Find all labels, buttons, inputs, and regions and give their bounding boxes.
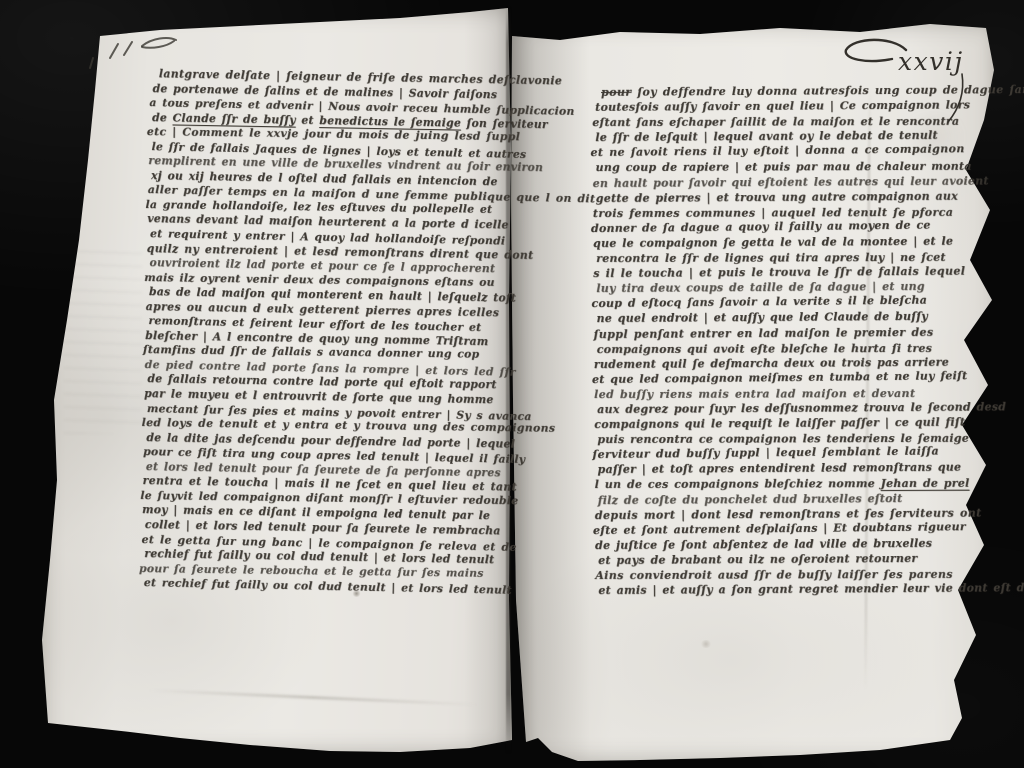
manuscript-line: et ne ſavoit riens il luy eſtoit | donna…	[590, 141, 964, 160]
manuscript-line: et pays de brabant ou ilz ne oſeroient r…	[598, 550, 967, 568]
manuscript-line: paſſer | et toſt apres entendirent lesd …	[598, 460, 967, 478]
manuscript-line: rencontra le ſſr de lignes qui tira apre…	[596, 250, 965, 266]
folio-tail-stroke	[948, 74, 963, 122]
left-page-text: lantgrave delſate | ſeigneur de friſe de…	[141, 67, 512, 597]
manuscript-line: ſuppl penſant entrer en lad maiſon le pr…	[594, 324, 966, 342]
manuscript-line: Ains conviendroit ausd ſſr de buſſy laiſ…	[595, 567, 967, 583]
manuscript-line: ne quel endroit | et auſſy que led Claud…	[597, 309, 966, 327]
folio-mark: xxvij	[836, 28, 1024, 128]
manuscript-line: gette de pierres | et trouva ung autre c…	[596, 188, 965, 206]
manuscript-line: led buſſy riens mais entra lad maiſon et…	[594, 386, 966, 402]
manuscript-line: compaignons qui le requiſt le laiſſer pa…	[594, 415, 966, 433]
manuscript-line: compaignons qui avoit eſte bleſche le hu…	[597, 340, 966, 356]
manuscript-line: et amis | et auſſy a ſon grant regret me…	[598, 581, 967, 599]
folio-flourish-icon	[846, 40, 906, 61]
manuscript-photo: lantgrave delſate | ſeigneur de friſe de…	[0, 0, 1024, 768]
bleedthrough-texture	[64, 244, 142, 434]
manuscript-line: l un de ces compaignons bleſchiez nomme …	[595, 476, 967, 492]
folio-number: xxvij	[898, 47, 964, 76]
manuscript-line: ung coup de rapiere | et puis par mau de…	[596, 159, 965, 175]
manuscript-line: et que led compaignon meiſmes en tumba e…	[592, 368, 966, 387]
crease	[148, 689, 478, 706]
manuscript-line: que le compaignon ſe getta le val de la …	[593, 233, 965, 251]
right-page-text: pour ſoy deffendre luy donna autresfois …	[592, 83, 967, 599]
stain	[700, 640, 712, 648]
